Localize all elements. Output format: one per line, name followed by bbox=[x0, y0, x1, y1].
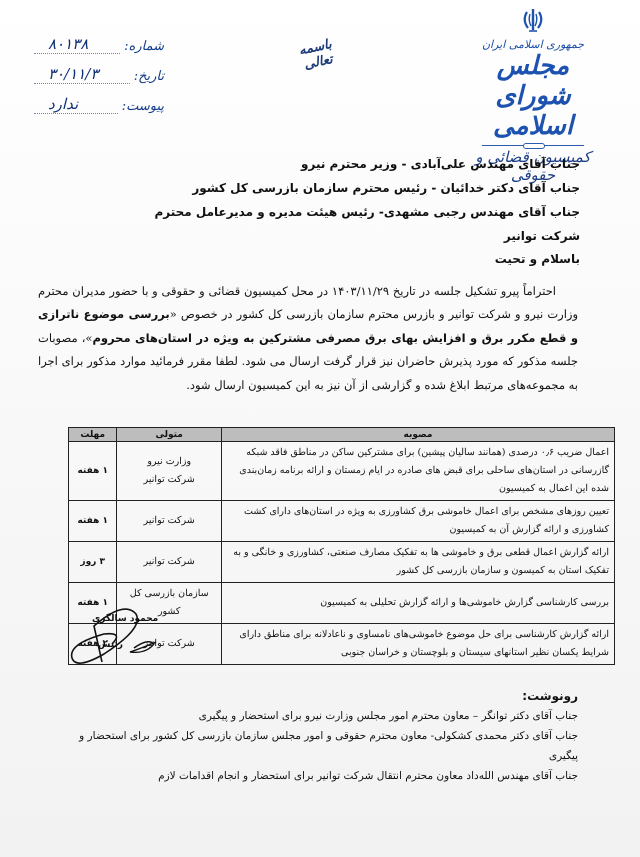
responsible-entity: شرکت توانیر bbox=[122, 553, 216, 571]
cc-item: جناب آقای دکتر توانگر – معاون محترم امور… bbox=[58, 706, 578, 726]
deadline-cell: ۱ هفته bbox=[69, 442, 117, 501]
responsible-entity: وزارت نیرو bbox=[122, 453, 216, 471]
date-value: ۳۰/۱۱/۳ bbox=[34, 65, 130, 84]
cc-section: رونوشت: جناب آقای دکتر توانگر – معاون مح… bbox=[58, 686, 578, 786]
table-row: ارائه گزارش اعمال قطعی برق و خاموشی ها ب… bbox=[69, 542, 615, 583]
signatory-name: محمود سالگزی bbox=[92, 614, 158, 624]
date-label: تاریخ: bbox=[134, 69, 164, 84]
letter-meta: شماره: ۸۰۱۳۸ تاریخ: ۳۰/۱۱/۳ پیوست: ندارد bbox=[34, 24, 164, 114]
attachment-label: پیوست: bbox=[122, 99, 164, 114]
recipient-line: جناب آقای مهندس علی‌آبادی - وزیر محترم ن… bbox=[140, 152, 580, 176]
greeting: باسلام و تحیت bbox=[495, 252, 580, 266]
number-value: ۸۰۱۳۸ bbox=[34, 35, 120, 54]
number-label: شماره: bbox=[124, 39, 164, 54]
signature-block: محمود سالگزی رئیس bbox=[64, 604, 184, 674]
responsible-cell: شرکت توانیر bbox=[117, 501, 222, 542]
resolution-cell: ارائه گزارش کارشناسی برای حل موضوع خاموش… bbox=[221, 624, 614, 665]
resolution-cell: تعیین روزهای مشخص برای اعمال خاموشی برق … bbox=[221, 501, 614, 542]
letter-page: جمهوری اسلامی ایران مجلس شورای اسلامی کم… bbox=[0, 0, 640, 857]
logo-divider bbox=[482, 145, 584, 146]
header-resolution: مصوبه bbox=[221, 428, 614, 442]
responsible-entity: شرکت توانیر bbox=[122, 471, 216, 489]
recipient-line: جناب آقای مهندس رجبی مشهدی- رئیس هیئت مد… bbox=[140, 200, 580, 248]
deadline-cell: ۳ روز bbox=[69, 542, 117, 583]
table-row: تعیین روزهای مشخص برای اعمال خاموشی برق … bbox=[69, 501, 615, 542]
country-name: جمهوری اسلامی ایران bbox=[468, 38, 598, 51]
signatory-title: رئیس bbox=[98, 640, 123, 650]
resolution-cell: اعمال ضریب ۰٫۶ درصدی (همانند سالیان پیشی… bbox=[221, 442, 614, 501]
iran-emblem-icon bbox=[518, 6, 548, 36]
institution-name: مجلس شورای اسلامی bbox=[468, 51, 598, 141]
header-deadline: مهلت bbox=[69, 428, 117, 442]
responsible-cell: وزارت نیرو شرکت توانیر bbox=[117, 442, 222, 501]
attachment-value: ندارد bbox=[34, 95, 118, 114]
table-row: اعمال ضریب ۰٫۶ درصدی (همانند سالیان پیشی… bbox=[69, 442, 615, 501]
recipient-line: جناب آقای دکتر خدائیان - رئیس محترم سازم… bbox=[140, 176, 580, 200]
table-header-row: مصوبه متولی مهلت bbox=[69, 428, 615, 442]
header-responsible: متولی bbox=[117, 428, 222, 442]
date-field: تاریخ: ۳۰/۱۱/۳ bbox=[34, 54, 164, 84]
recipients-list: جناب آقای مهندس علی‌آبادی - وزیر محترم ن… bbox=[140, 152, 580, 248]
resolution-cell: بررسی کارشناسی گزارش خاموشی‌ها و ارائه گ… bbox=[221, 583, 614, 624]
invocation-calligraphy: باسمه تعالی bbox=[287, 35, 348, 82]
responsible-entity: شرکت توانیر bbox=[122, 512, 216, 530]
cc-item: جناب آقای مهندس الله‌داد معاون محترم انت… bbox=[58, 766, 578, 786]
letter-body: احتراماً پیرو تشکیل جلسه در تاریخ ۱۴۰۳/۱… bbox=[38, 280, 578, 398]
number-field: شماره: ۸۰۱۳۸ bbox=[34, 24, 164, 54]
responsible-cell: شرکت توانیر bbox=[117, 542, 222, 583]
resolution-cell: ارائه گزارش اعمال قطعی برق و خاموشی ها ب… bbox=[221, 542, 614, 583]
deadline-cell: ۱ هفته bbox=[69, 501, 117, 542]
cc-item: جناب آقای دکتر محمدی کشکولی- معاون محترم… bbox=[58, 726, 578, 766]
attachment-field: پیوست: ندارد bbox=[34, 84, 164, 114]
cc-title: رونوشت: bbox=[58, 686, 578, 706]
letterhead-logo: جمهوری اسلامی ایران مجلس شورای اسلامی کم… bbox=[468, 6, 598, 144]
